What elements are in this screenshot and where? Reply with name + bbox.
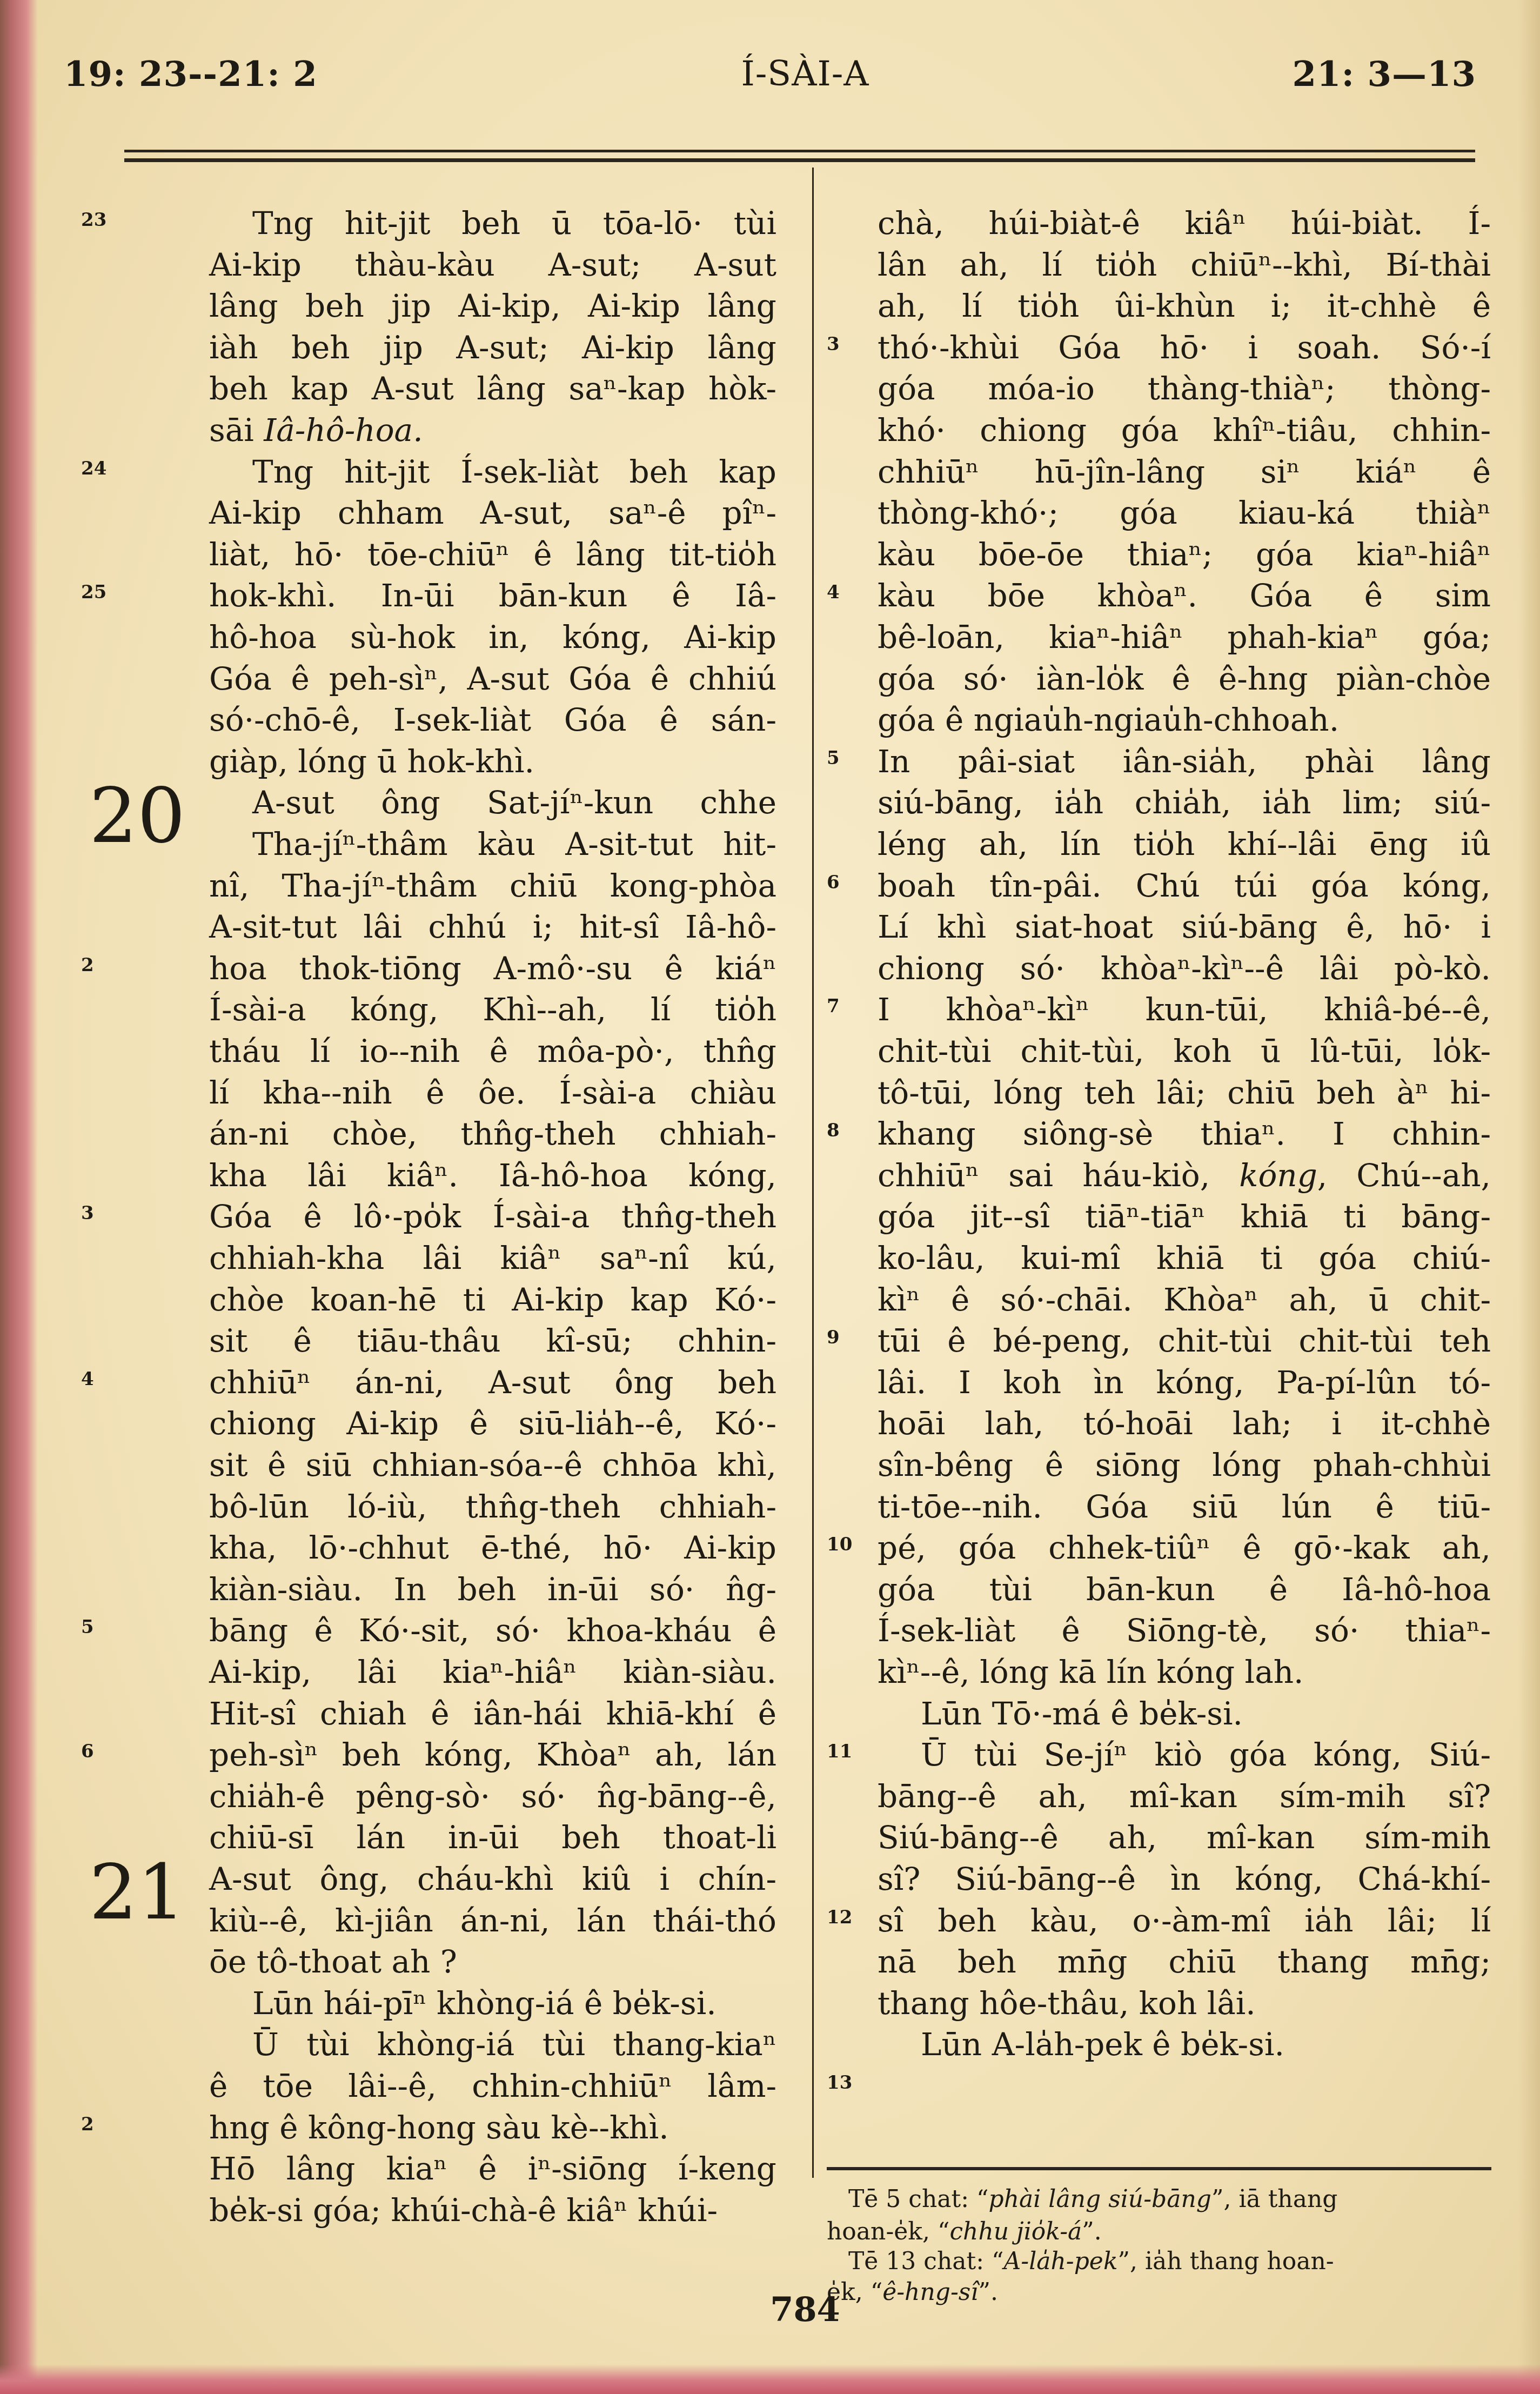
text-line: sî beh kàu, o·-àm-mî ia̍h lâi; lí — [878, 1900, 1491, 1941]
text-line: siú-bāng, ia̍h chia̍h, ia̍h lim; siú- — [878, 782, 1491, 823]
text-line: kha, lō·-chhut ē-thé, hō· Ai-kip — [209, 1527, 776, 1568]
footnote-2-line-1: Tē 13 chat: “A-la̍h-pek”, ia̍h thang hoa… — [848, 2245, 1334, 2278]
text-line: khó· chiong góa khîⁿ-tiâu, chhin- — [878, 410, 1491, 451]
verse-number: 8 — [827, 1120, 840, 1141]
text-line: Tng hit-jit Í-sek-liàt beh kap — [209, 451, 776, 492]
text-line: Siú-bāng--ê ah, mî-kan sím-mih — [878, 1817, 1491, 1858]
text-line: sî? Siú-bāng--ê ìn kóng, Chá-khí- — [878, 1858, 1491, 1900]
verse-number: 24 — [81, 458, 106, 479]
text-line: A-sut ông Sat-jíⁿ-kun chhe — [209, 782, 776, 823]
verse-number: 6 — [81, 1741, 94, 1762]
text-line: lâi. I koh ìn kóng, Pa-pí-lûn tó- — [878, 1362, 1491, 1403]
verse-number: 11 — [827, 1741, 852, 1762]
header-rule-thick — [124, 158, 1475, 162]
text-line: kàu bōe khòaⁿ. Góa ê sim — [878, 575, 1491, 616]
text-line: tūi ê bé-peng, chit-tùi chit-tùi teh — [878, 1320, 1491, 1361]
text-line: sāi Iâ-hô-hoa. — [209, 410, 776, 451]
text-line: Ai-kip chham A-sut, saⁿ-ê pîⁿ- — [209, 492, 776, 533]
verse-number: 7 — [827, 995, 840, 1017]
text-line: léng ah, lín tio̍h khí--lâi ēng iû — [878, 824, 1491, 865]
text-line: sit ê tiāu-thâu kî-sū; chhin- — [209, 1320, 776, 1361]
verse-number: 2 — [81, 2114, 94, 2135]
text-line: nā beh mn̄g chiū thang mn̄g; — [878, 1941, 1491, 1982]
text-line: be̍k-si góa; khúi-chà-ê kiâⁿ khúi- — [209, 2190, 776, 2231]
verse-number: 5 — [827, 747, 840, 769]
book-page: 19: 23--21: 2 Í-SÀI-A 21: 3—13 Tng hit-j… — [0, 0, 1540, 2394]
text-line: In pâi-siat iân-sia̍h, phài lâng — [878, 741, 1491, 782]
text-line: A-sit-tut lâi chhú i; hit-sî Iâ-hô- — [209, 906, 776, 947]
text-line: pé, góa chhek-tiûⁿ ê gō·-kak ah, — [878, 1527, 1491, 1568]
verse-number: 13 — [827, 2072, 852, 2094]
footnote-1-line-1: Tē 5 chat: “phài lâng siú-bāng”, iā than… — [848, 2183, 1337, 2216]
verse-number: 3 — [81, 1202, 94, 1224]
footnote-text: ”. — [1082, 2218, 1101, 2245]
text-line: kìⁿ--ê, lóng kā lín kóng lah. — [878, 1651, 1491, 1693]
text-line: lí kha--nih ê ôe. Í-sài-a chiàu — [209, 1072, 776, 1113]
page-number: 784 — [751, 2290, 859, 2329]
verse-number: 2 — [81, 954, 94, 976]
text-line: ko-lâu, kui-mî khiā ti góa chiú- — [878, 1238, 1491, 1279]
text-line: hoāi lah, tó-hoāi lah; i it-chhè — [878, 1403, 1491, 1444]
text-line: chhiūⁿ án-ni, A-sut ông beh — [209, 1362, 776, 1403]
text-line: góa jit--sî tiāⁿ-tiāⁿ khiā ti bāng- — [878, 1196, 1491, 1237]
footnote-text: ”, ia̍h thang hoan- — [1118, 2248, 1334, 2275]
text-line: tháu lí io--nih ê môa-pò·, thn̂g — [209, 1031, 776, 1072]
verse-number: 4 — [827, 581, 840, 603]
text-line: bô-lūn ló-iù, thn̂g-theh chhiah- — [209, 1486, 776, 1527]
footnote-text: Tē 13 chat: “ — [848, 2248, 1004, 2275]
text-line: tô-tūi, lóng teh lâi; chiū beh àⁿ hi- — [878, 1072, 1491, 1113]
page-edge-stain-bottom — [0, 2364, 1540, 2394]
text-line: chà, húi-biàt-ê kiâⁿ húi-biàt. Í- — [878, 203, 1491, 244]
text-line: chhiūⁿ hū-jîn-lâng siⁿ kiáⁿ ê — [878, 451, 1491, 492]
text-line: góa móa-io thàng-thiàⁿ; thòng- — [878, 368, 1491, 409]
text-line: Tha-jíⁿ-thâm kàu A-sit-tut hit- — [209, 824, 776, 865]
text-line: chiong Ai-kip ê siū-lia̍h--ê, Kó·- — [209, 1403, 776, 1444]
footnote-1-line-2: hoan-e̍k, “chhu jio̍k-á”. — [827, 2216, 1102, 2248]
chapter-number: 20 — [89, 779, 185, 854]
text-line: peh-sìⁿ beh kóng, Khòaⁿ ah, lán — [209, 1734, 776, 1775]
footnote-italic-text: ê-hng-sî — [882, 2278, 978, 2306]
page-edge-shadow-right — [1518, 0, 1540, 2394]
text-line: ah, lí tio̍h ûi-khùn i; it-chhè ê — [878, 285, 1491, 326]
text-line: ti-tōe--nih. Góa siū lún ê tiū- — [878, 1486, 1491, 1527]
verse-number: 6 — [827, 872, 840, 893]
text-line: Hit-sî chiah ê iân-hái khiā-khí ê — [209, 1693, 776, 1734]
running-head-right-reference: 21: 3—13 — [1292, 54, 1476, 95]
text-line: bāng--ê ah, mî-kan sím-mih sî? — [878, 1776, 1491, 1817]
text-line: Ū tùi khòng-iá tùi thang-kiaⁿ — [209, 2024, 776, 2065]
text-line: góa tùi bān-kun ê Iâ-hô-hoa — [878, 1569, 1491, 1610]
text-line: góa ê ngiau̍h-ngiau̍h-chhoah. — [878, 699, 1491, 740]
text-line: Ai-kip thàu-kàu A-sut; A-sut — [209, 244, 776, 285]
text-line: A-sut ông, cháu-khì kiû i chín- — [209, 1858, 776, 1900]
italic-divine-name: Iâ-hô-hoa. — [264, 412, 423, 449]
text-line: Lūn hái-pīⁿ khòng-iá ê be̍k-si. — [209, 1983, 776, 2024]
text-line: liàt, hō· tōe-chiūⁿ ê lâng tit-tio̍h — [209, 534, 776, 575]
verse-number: 5 — [81, 1616, 94, 1638]
running-head-book-title: Í-SÀI-A — [724, 54, 886, 94]
page-edge-stain-left — [0, 0, 38, 2394]
text-line: só·-chō-ê, I-sek-liàt Góa ê sán- — [209, 699, 776, 740]
footnote-text: ”. — [978, 2278, 997, 2306]
text-line: thòng-khó·; góa kiau-ká thiàⁿ — [878, 492, 1491, 533]
header-rule-thin — [124, 150, 1475, 152]
text-line: Hō lâng kiaⁿ ê iⁿ-siōng í-keng — [209, 2148, 776, 2189]
text-line: kàu bōe-ōe thiaⁿ; góa kiaⁿ-hiâⁿ — [878, 534, 1491, 575]
text-line: án-ni chòe, thn̂g-theh chhiah- — [209, 1113, 776, 1154]
text-line: Lūn Tō·-má ê be̍k-si. — [878, 1693, 1491, 1734]
text-line: iàh beh jip A-sut; Ai-kip lâng — [209, 327, 776, 368]
footnote-text: ”, iā thang — [1211, 2185, 1338, 2213]
text-line: hoa thok-tiōng A-mô·-su ê kiáⁿ — [209, 948, 776, 989]
verse-number: 25 — [81, 581, 106, 603]
text-line: hok-khì. In-ūi bān-kun ê Iâ- — [209, 575, 776, 616]
text-line: lân ah, lí tio̍h chiūⁿ--khì, Bí-thài — [878, 244, 1491, 285]
text-line: Tng hit-jit beh ū tōa-lō· tùi — [209, 203, 776, 244]
text-line: bāng ê Kó·-sit, só· khoa-kháu ê — [209, 1610, 776, 1651]
text-line: kìⁿ ê só·-chāi. Khòaⁿ ah, ū chit- — [878, 1279, 1491, 1320]
text-line: ōe tô-thoat ah ? — [209, 1941, 776, 1982]
text-line: hô-hoa sù-hok in, kóng, Ai-kip — [209, 617, 776, 658]
text-line: chia̍h-ê pêng-sò· só· n̂g-bāng--ê, — [209, 1776, 776, 1817]
text-line: chiū-sī lán in-ūi beh thoat-li — [209, 1817, 776, 1858]
text-line: chhiūⁿ sai háu-kiò, kóng, Chú--ah, — [878, 1155, 1491, 1196]
text-line: khang siông-sè thiaⁿ. I chhin- — [878, 1113, 1491, 1154]
text-line: thó·-khùi Góa hō· i soah. Só·-í — [878, 327, 1491, 368]
column-divider — [812, 168, 814, 2178]
text-line: Lí khì siat-hoat siú-bāng ê, hō· i — [878, 906, 1491, 947]
text-line: thang hôe-thâu, koh lâi. — [878, 1983, 1491, 2024]
text-line: sîn-bêng ê siōng lóng phah-chhùi — [878, 1445, 1491, 1486]
chapter-number: 21 — [89, 1855, 185, 1931]
text-line: góa só· iàn-lo̍k ê ê-hng piàn-chòe — [878, 658, 1491, 699]
verse-number: 3 — [827, 333, 840, 355]
text-line: ê tōe lâi--ê, chhin-chhiūⁿ lâm- — [209, 2065, 776, 2107]
footnote-italic-text: A-la̍h-pek — [1004, 2248, 1118, 2275]
footnote-rule — [827, 2167, 1491, 2170]
text-line: Ū tùi Se-jíⁿ kiò góa kóng, Siú- — [878, 1734, 1491, 1775]
text-line: Í-sek-liàt ê Siōng-tè, só· thiaⁿ- — [878, 1610, 1491, 1651]
footnote-text: hoan-e̍k, “ — [827, 2218, 949, 2245]
text-line: giàp, lóng ū hok-khì. — [209, 741, 776, 782]
text-line: I khòaⁿ-kìⁿ kun-tūi, khiâ-bé--ê, — [878, 989, 1491, 1030]
text-line: chòe koan-hē ti Ai-kip kap Kó·- — [209, 1279, 776, 1320]
text-line: boah tîn-pâi. Chú túi góa kóng, — [878, 865, 1491, 906]
text-line: Góa ê lô·-po̍k Í-sài-a thn̂g-theh — [209, 1196, 776, 1237]
text-line: kiù--ê, kì-jiân án-ni, lán thái-thó — [209, 1900, 776, 1941]
verse-number: 12 — [827, 1907, 852, 1928]
verse-number: 23 — [81, 209, 106, 231]
footnote-text: Tē 5 chat: “ — [848, 2185, 989, 2213]
verse-number: 9 — [827, 1327, 840, 1348]
text-line: Góa ê peh-sìⁿ, A-sut Góa ê chhiú — [209, 658, 776, 699]
text-line: bê-loān, kiaⁿ-hiâⁿ phah-kiaⁿ góa; — [878, 617, 1491, 658]
text-line: chit-tùi chit-tùi, koh ū lû-tūi, lo̍k- — [878, 1031, 1491, 1072]
text-line: Lūn A-la̍h-pek ê be̍k-si. — [878, 2024, 1491, 2065]
text-line: nî, Tha-jíⁿ-thâm chiū kong-phòa — [209, 865, 776, 906]
italic-word: kóng — [1239, 1157, 1317, 1194]
text-line: chhiah-kha lâi kiâⁿ saⁿ-nî kú, — [209, 1238, 776, 1279]
text-line: lâng beh jip Ai-kip, Ai-kip lâng — [209, 285, 776, 326]
text-line: chiong só· khòaⁿ-kìⁿ--ê lâi pò-kò. — [878, 948, 1491, 989]
running-head-left-reference: 19: 23--21: 2 — [64, 54, 318, 95]
footnote-italic-text: phài lâng siú-bāng — [989, 2185, 1211, 2213]
verse-number: 10 — [827, 1534, 852, 1555]
text-line: beh kap A-sut lâng saⁿ-kap hòk- — [209, 368, 776, 409]
text-line: sit ê siū chhian-sóa--ê chhōa khì, — [209, 1445, 776, 1486]
text-line: hng ê kông-hong sàu kè--khì. — [209, 2107, 776, 2148]
text-line: kiàn-siàu. In beh in-ūi só· n̂g- — [209, 1569, 776, 1610]
text-line: Í-sài-a kóng, Khì--ah, lí tio̍h — [209, 989, 776, 1030]
text-line: Ai-kip, lâi kiaⁿ-hiâⁿ kiàn-siàu. — [209, 1651, 776, 1693]
footnote-italic-text: chhu jio̍k-á — [949, 2218, 1082, 2245]
text-line: kha lâi kiâⁿ. Iâ-hô-hoa kóng, — [209, 1155, 776, 1196]
verse-number: 4 — [81, 1368, 94, 1390]
